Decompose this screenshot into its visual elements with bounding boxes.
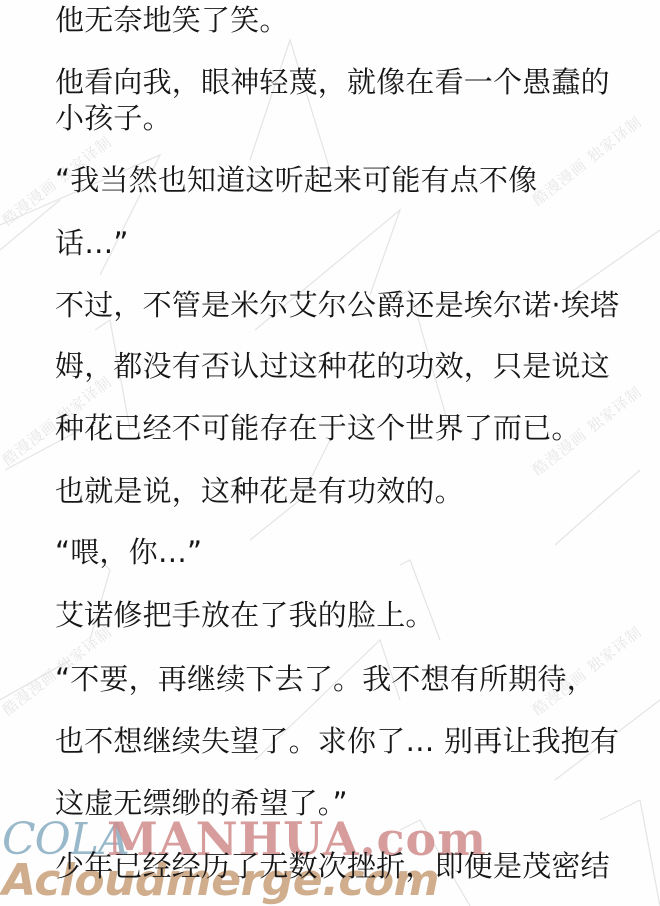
text-line: 少年已经经历了无数次挫折，即便是茂密结 (55, 848, 610, 884)
text-line: 也就是说，这种花是有功效的。 (55, 473, 464, 509)
text-line: 不过，不管是米尔艾尔公爵还是埃尔诺·埃塔 (55, 287, 619, 323)
text-line: 姆，都没有否认过这种花的功效，只是说这 (55, 348, 610, 384)
text-line: “我当然也知道这听起来可能有点不像 (55, 162, 537, 198)
text-line: 艾诺修把手放在了我的脸上。 (55, 597, 435, 633)
text-line: 话…” (55, 225, 129, 261)
text-line: “不要，再继续下去了。我不想有所期待， (55, 661, 596, 697)
text-line: 这虚无缥缈的希望了。” (55, 785, 348, 821)
text-line: “喂，你…” (55, 534, 202, 570)
text-line: 他看向我，眼神轻蔑，就像在看一个愚蠢的 (55, 64, 610, 100)
novel-page: 酷漫漫画 独家译制 酷漫漫画 独家译制 酷漫漫画 独家译制 酷漫漫画 独家译制 … (0, 0, 660, 906)
text-line: 也不想继续失望了。求你了… 别再让我抱有 (55, 723, 619, 759)
text-line: 小孩子。 (55, 100, 172, 136)
text-line: 种花已经不可能存在于这个世界了而已。 (55, 410, 581, 446)
text-line: 他无奈地笑了笑。 (55, 2, 289, 38)
watermark-text: 酷漫漫画 独家译制 (528, 111, 646, 210)
